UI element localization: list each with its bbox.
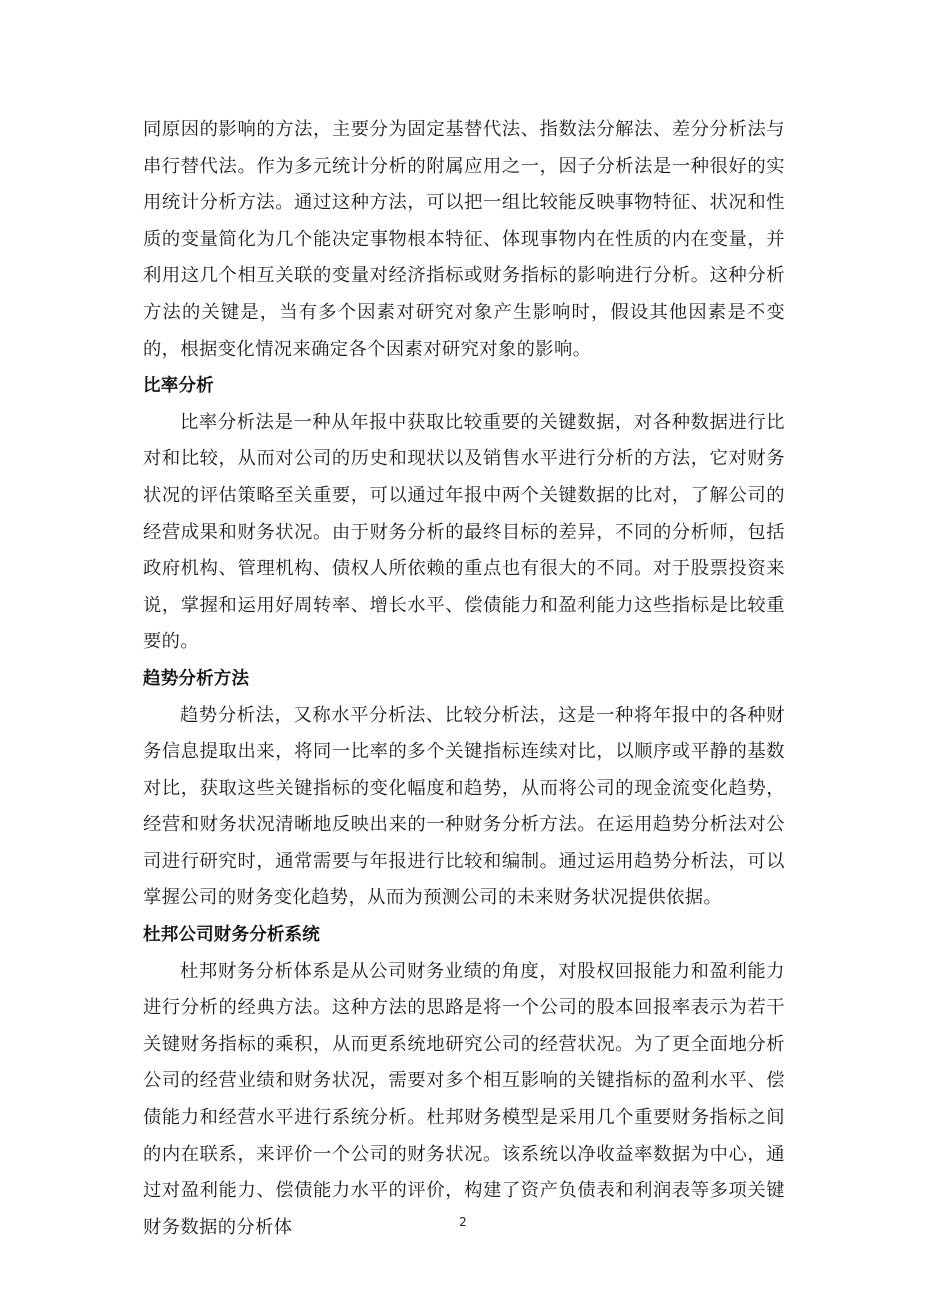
- heading-dupont-analysis: 杜邦公司财务分析系统: [143, 917, 785, 954]
- paragraph-trend-analysis: 趋势分析法，又称水平分析法、比较分析法，这是一种将年报中的各种财务信息提取出来，…: [143, 698, 785, 918]
- heading-trend-analysis: 趋势分析方法: [143, 661, 785, 698]
- paragraph-ratio-analysis: 比率分析法是一种从年报中获取比较重要的关键数据，对各种数据进行比对和比较，从而对…: [143, 405, 785, 661]
- paragraph-factor-analysis-continued: 同原因的影响的方法，主要分为固定基替代法、指数法分解法、差分分析法与串行替代法。…: [143, 112, 785, 368]
- document-page: 同原因的影响的方法，主要分为固定基替代法、指数法分解法、差分分析法与串行替代法。…: [143, 112, 785, 1246]
- page-number: 2: [0, 1215, 926, 1229]
- paragraph-dupont-analysis: 杜邦财务分析体系是从公司财务业绩的角度，对股权回报能力和盈利能力进行分析的经典方…: [143, 954, 785, 1247]
- heading-ratio-analysis: 比率分析: [143, 368, 785, 405]
